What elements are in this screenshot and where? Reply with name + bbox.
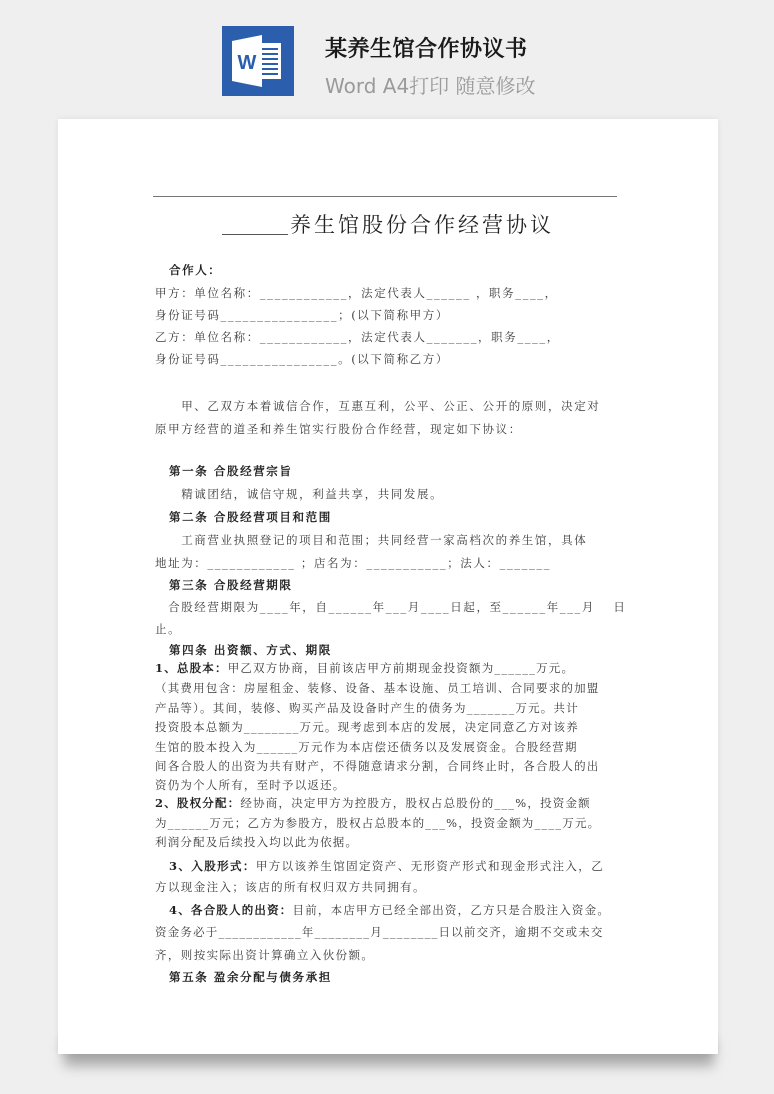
article-3-line2: 止。 xyxy=(155,621,617,637)
clause-3-label: 3、入股形式： xyxy=(169,859,256,873)
clause-1-line1: 1、总股本：甲乙双方协商，目前该店甲方前期现金投资额为______万元。 xyxy=(155,660,617,676)
clause-1-line5: 生馆的股本投入为______万元作为本店偿还债务以及发展资金。合股经营期 xyxy=(155,739,617,755)
document-body: 养生馆股份合作经营协议 合作人： 甲方：单位名称：____________，法定… xyxy=(58,119,718,1054)
top-rule xyxy=(153,196,617,197)
clause-4-label: 4、各合股人的出资： xyxy=(169,903,293,917)
clause-2-line2: 为______万元；乙方为参股方，股权占总股本的___%，投资金额为____万元… xyxy=(155,815,617,831)
article-3-heading: 第三条 合股经营期限 xyxy=(169,577,631,593)
article-4-heading: 第四条 出资额、方式、期限 xyxy=(169,642,631,658)
header-banner: W 某养生馆合作协议书 Word A4打印 随意修改 xyxy=(0,0,774,110)
title-blank xyxy=(222,213,288,235)
party-a-line2: 身份证号码________________；(以下简称甲方） xyxy=(155,307,617,323)
article-1-line1: 精诚团结，诚信守规，利益共享，共同发展。 xyxy=(155,486,617,502)
article-3-line1: 合股经营期限为____年，自______年___月____日起，至______年… xyxy=(155,599,617,615)
document-title: 养生馆股份合作经营协议 xyxy=(58,209,718,239)
clause-1-line6: 间各合股人的出资为共有财产，不得随意请求分割，合同终止时，各合股人的出 xyxy=(155,758,617,774)
party-b-line2: 身份证号码________________。(以下简称乙方） xyxy=(155,351,617,367)
article-2-heading: 第二条 合股经营项目和范围 xyxy=(169,509,631,525)
document-page: 养生馆股份合作经营协议 合作人： 甲方：单位名称：____________，法定… xyxy=(58,119,718,1054)
clause-4-line1: 4、各合股人的出资：目前，本店甲方已经全部出资，乙方只是合股注入资金。 xyxy=(169,902,631,918)
clause-1-line3: 产品等）。其间，装修、购买产品及设备时产生的债务为_______万元。共计 xyxy=(155,700,617,716)
article-1-heading: 第一条 合股经营宗旨 xyxy=(169,463,631,479)
clause-1-label: 1、总股本： xyxy=(155,661,228,675)
clause-2-line1: 2、股权分配：经协商，决定甲方为控股方，股权占总股份的___%，投资金额 xyxy=(155,795,617,811)
clause-2-label: 2、股权分配： xyxy=(155,796,240,810)
party-a-line1: 甲方：单位名称：____________，法定代表人______ ，职务____… xyxy=(155,285,617,301)
intro-line2: 原甲方经营的道圣和养生馆实行股份合作经营，现定如下协议： xyxy=(155,421,617,437)
clause-1-line2: （其费用包含：房屋租金、装修、设备、基本设施、员工培训、合同要求的加盟 xyxy=(155,680,617,696)
banner-subtitle: Word A4打印 随意修改 xyxy=(325,70,536,99)
parties-label: 合作人： xyxy=(169,262,631,278)
clause-3-line1: 3、入股形式：甲方以该养生馆固定资产、无形资产形式和现金形式注入，乙 xyxy=(169,858,631,874)
party-b-line1: 乙方：单位名称：____________，法定代表人_______，职务____… xyxy=(155,329,617,345)
article-2-line2: 地址为：____________ ；店名为：___________；法人：___… xyxy=(155,555,617,571)
word-icon: W xyxy=(222,26,294,96)
clause-1-line7: 资仍为个人所有，至时予以返还。 xyxy=(155,777,617,793)
clause-4-line3: 齐，则按实际出资计算确立入伙份额。 xyxy=(155,947,617,963)
banner-title: 某养生馆合作协议书 xyxy=(325,32,528,63)
clause-4-line2: 资金务必于____________年________月________日以前交齐… xyxy=(155,924,617,940)
article-5-heading: 第五条 盈余分配与债务承担 xyxy=(169,969,631,985)
svg-text:W: W xyxy=(238,52,257,74)
title-text: 养生馆股份合作经营协议 xyxy=(290,213,554,237)
intro-line1: 甲、乙双方本着诚信合作，互惠互利，公平、公正、公开的原则，决定对 xyxy=(155,398,617,414)
clause-3-line2: 方以现金注入；该店的所有权归双方共同拥有。 xyxy=(155,879,617,895)
article-2-line1: 工商营业执照登记的项目和范围；共同经营一家高档次的养生馆，具体 xyxy=(155,532,617,548)
clause-1-line4: 投资股本总额为________万元。现考虑到本店的发展，决定同意乙方对该养 xyxy=(155,719,617,735)
clause-2-line3: 利润分配及后续投入均以此为依据。 xyxy=(155,834,617,850)
